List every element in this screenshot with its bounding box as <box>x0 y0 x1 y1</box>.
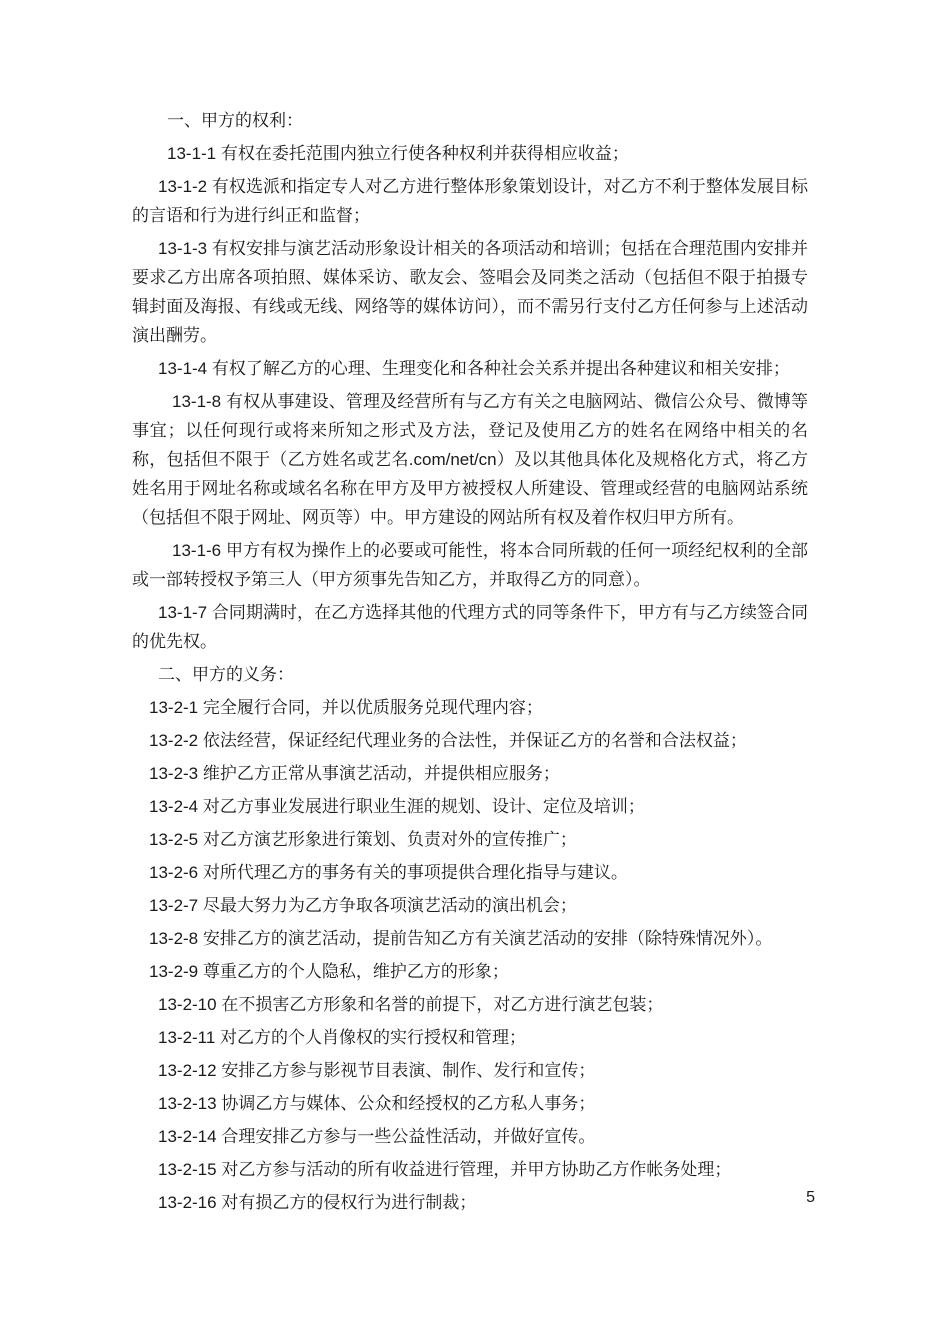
clause-13-2-3: 13-2-3 维护乙方正常从事演艺活动，并提供相应服务； <box>132 759 808 788</box>
clause-13-2-7: 13-2-7 尽最大努力为乙方争取各项演艺活动的演出机会； <box>132 891 808 920</box>
document-page: 一、甲方的权利： 13-1-1 有权在委托范围内独立行使各种权利并获得相应收益；… <box>0 0 950 1344</box>
clause-13-1-3: 13-1-3 有权安排与演艺活动形象设计相关的各项活动和培训；包括在合理范围内安… <box>132 234 808 350</box>
clause-13-1-7: 13-1-7 合同期满时，在乙方选择其他的代理方式的同等条件下，甲方有与乙方续签… <box>132 598 808 656</box>
clause-13-2-15: 13-2-15 对乙方参与活动的所有收益进行管理，并甲方协助乙方作帐务处理； <box>132 1155 808 1184</box>
clause-13-2-6: 13-2-6 对所代理乙方的事务有关的事项提供合理化指导与建议。 <box>132 858 808 887</box>
clause-13-1-4: 13-1-4 有权了解乙方的心理、生理变化和各种社会关系并提出各种建议和相关安排… <box>132 354 808 383</box>
clause-13-2-4: 13-2-4 对乙方事业发展进行职业生涯的规划、设计、定位及培训； <box>132 792 808 821</box>
clause-13-1-6: 13-1-6 甲方有权为操作上的必要或可能性，将本合同所载的任何一项经纪权利的全… <box>132 536 808 594</box>
section-party-a-obligations: 二、甲方的义务： 13-2-1 完全履行合同，并以优质服务兑现代理内容； 13-… <box>132 660 808 1217</box>
clause-13-2-14: 13-2-14 合理安排乙方参与一些公益性活动，并做好宣传。 <box>132 1122 808 1151</box>
clause-13-2-10: 13-2-10 在不损害乙方形象和名誉的前提下，对乙方进行演艺包装； <box>132 990 808 1019</box>
clause-13-2-13: 13-2-13 协调乙方与媒体、公众和经授权的乙方私人事务； <box>132 1089 808 1118</box>
clause-13-1-8: 13-1-8 有权从事建设、管理及经营所有与乙方有关之电脑网站、微信公众号、微博… <box>132 387 808 532</box>
clause-13-1-1: 13-1-1 有权在委托范围内独立行使各种权利并获得相应收益； <box>132 139 808 168</box>
clause-13-2-8: 13-2-8 安排乙方的演艺活动，提前告知乙方有关演艺活动的安排（除特殊情况外）… <box>132 924 808 953</box>
clause-13-2-9: 13-2-9 尊重乙方的个人隐私，维护乙方的形象； <box>132 957 808 986</box>
section-party-a-rights: 一、甲方的权利： 13-1-1 有权在委托范围内独立行使各种权利并获得相应收益；… <box>132 106 808 656</box>
clause-13-2-1: 13-2-1 完全履行合同，并以优质服务兑现代理内容； <box>132 693 808 722</box>
clause-13-2-2: 13-2-2 依法经营，保证经纪代理业务的合法性，并保证乙方的名誉和合法权益； <box>132 726 808 755</box>
section-heading-obligations: 二、甲方的义务： <box>132 660 808 689</box>
clause-13-2-5: 13-2-5 对乙方演艺形象进行策划、负责对外的宣传推广； <box>132 825 808 854</box>
clause-13-2-11: 13-2-11 对乙方的个人肖像权的实行授权和管理； <box>132 1023 808 1052</box>
document-body: 一、甲方的权利： 13-1-1 有权在委托范围内独立行使各种权利并获得相应收益；… <box>132 106 808 1221</box>
clause-13-1-2: 13-1-2 有权选派和指定专人对乙方进行整体形象策划设计，对乙方不利于整体发展… <box>132 172 808 230</box>
section-heading-rights: 一、甲方的权利： <box>132 106 808 135</box>
page-number: 5 <box>132 1187 815 1209</box>
clause-13-2-12: 13-2-12 安排乙方参与影视节目表演、制作、发行和宣传； <box>132 1056 808 1085</box>
